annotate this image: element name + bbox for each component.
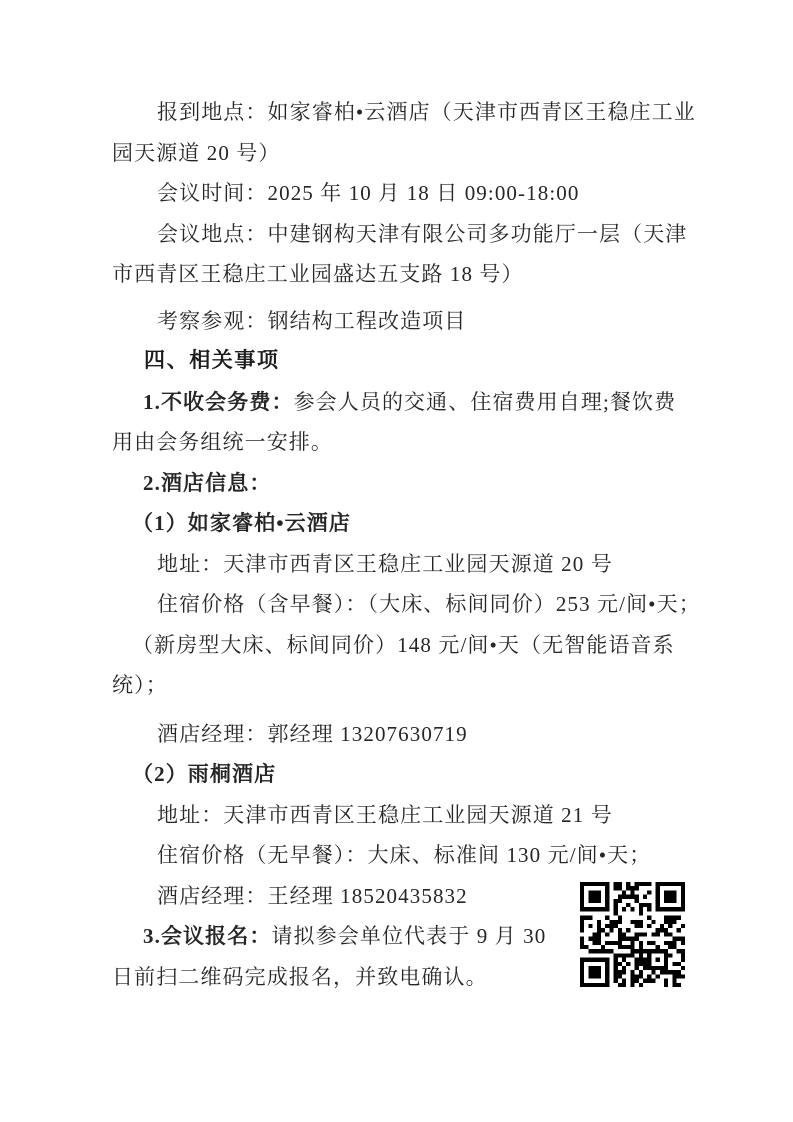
document-body: 报到地点：如家睿柏•云酒店（天津市西青区王稳庄工业园天源道 20 号） 会议时间… bbox=[112, 0, 697, 997]
paragraph-hotel1-address: 地址：天津市西青区王稳庄工业园天源道 20 号 bbox=[112, 544, 697, 585]
paragraph-hotel1-name: （1）如家睿柏•云酒店 bbox=[112, 503, 697, 544]
qr-code-image bbox=[580, 882, 685, 987]
paragraph-site-visit: 考察参观：钢结构工程改造项目 bbox=[112, 301, 697, 342]
heading-related-matters: 四、相关事项 bbox=[112, 341, 697, 382]
paragraph-hotel2-address: 地址：天津市西青区王稳庄工业园天源道 21 号 bbox=[112, 795, 697, 836]
paragraph-hotel1-manager: 酒店经理：郭经理 13207630719 bbox=[112, 714, 697, 755]
paragraph-meeting-venue: 会议地点：中建钢构天津有限公司多功能厅一层（天津市西青区王稳庄工业园盛达五支路 … bbox=[112, 214, 697, 295]
paragraph-no-conference-fee: 1.不收会务费：参会人员的交通、住宿费用自理;餐饮费用由会务组统一安排。 bbox=[112, 382, 697, 463]
paragraph-hotel2-price: 住宿价格（无早餐）：大床、标准间 130 元/间•天； bbox=[112, 835, 697, 876]
registration-label: 3.会议报名： bbox=[143, 924, 271, 948]
paragraph-hotel1-price-new-rooms: （新房型大床、标间同价）148 元/间•天（无智能语音系统）； bbox=[112, 625, 697, 706]
registration-qr-code bbox=[580, 882, 685, 987]
paragraph-hotel1-price-standard: 住宿价格（含早餐）：（大床、标间同价）253 元/间•天； bbox=[112, 584, 697, 625]
document-page: 报到地点：如家睿柏•云酒店（天津市西青区王稳庄工业园天源道 20 号） 会议时间… bbox=[0, 0, 793, 1122]
no-fee-label: 1.不收会务费： bbox=[143, 390, 294, 414]
paragraph-checkin-location: 报到地点：如家睿柏•云酒店（天津市西青区王稳庄工业园天源道 20 号） bbox=[112, 92, 697, 173]
paragraph-meeting-time: 会议时间：2025 年 10 月 18 日 09:00-18:00 bbox=[112, 173, 697, 214]
paragraph-hotel2-name: （2）雨桐酒店 bbox=[112, 754, 697, 795]
paragraph-hotel-info-heading: 2.酒店信息： bbox=[112, 463, 697, 504]
